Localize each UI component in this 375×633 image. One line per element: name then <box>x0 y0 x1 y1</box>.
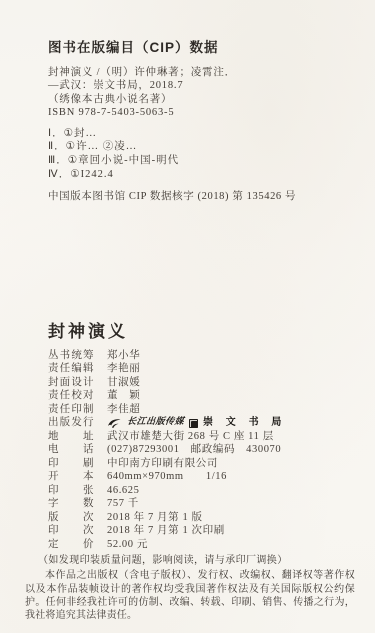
cip-section: 图书在版编目（CIP）数据 封神演义 /（明）许仲琳著；凌霄注． —武汉：崇文书… <box>48 36 355 203</box>
credit-label: 责任编辑 <box>48 362 94 376</box>
credit-value: 李佳超 <box>107 404 140 415</box>
cip-publisher-line: —武汉：崇文书局，2018.7 <box>48 79 355 92</box>
credit-row-editor: 责任编辑李艳丽 <box>48 362 355 376</box>
copyright-legal-text: 本作品之出版权（含电子版权）、发行权、改编权、翻译权等著作权以及本作品装帧设计的… <box>25 569 355 622</box>
credit-label: 责任校对 <box>48 389 94 403</box>
cip-record-number: 中国版本图书馆 CIP 数据核字 (2018) 第 135426 号 <box>48 190 355 203</box>
book-title: 封神演义 <box>48 317 355 342</box>
cip-classification: Ⅰ．①封… Ⅱ．①许… ②凌… Ⅲ．①章回小说-中国-明代 Ⅳ．①I242.4 <box>48 127 355 182</box>
credit-row-format: 开本640mm×970mm 1/16 <box>48 470 355 484</box>
credit-value: 郑小华 <box>107 350 140 361</box>
cip-series-line: （绣像本古典小说名著） <box>48 93 355 106</box>
publisher-logo: 长江出版传媒崇 文 书 局 <box>107 416 286 430</box>
credit-value: 李艳丽 <box>107 363 140 374</box>
credit-row-publisher: 出版发行长江出版传媒崇 文 书 局 <box>48 416 355 430</box>
credit-label: 字数 <box>48 497 94 511</box>
credit-row-series-coordinator: 丛书统筹郑小华 <box>48 349 355 363</box>
credit-value: 2018 年 7 月第 1 版 <box>107 512 203 523</box>
credit-row-edition: 版次2018 年 7 月第 1 版 <box>48 511 355 525</box>
credit-row-sheets: 印张46.625 <box>48 484 355 498</box>
book-copyright-page: 图书在版编目（CIP）数据 封神演义 /（明）许仲琳著；凌霄注． —武汉：崇文书… <box>0 0 375 633</box>
credit-label: 电话 <box>48 443 94 457</box>
cip-class-3: Ⅲ．①章回小说-中国-明代 <box>48 154 355 168</box>
credit-value: 董 颖 <box>107 390 140 401</box>
credit-label: 印张 <box>48 484 94 498</box>
credit-value: 武汉市雄楚大街 268 号 C 座 11 层 <box>107 431 274 442</box>
imprint-name: 崇 文 书 局 <box>203 416 286 430</box>
changjiang-swoosh-icon <box>107 418 122 429</box>
credit-row-address: 地址武汉市雄楚大街 268 号 C 座 11 层 <box>48 430 355 444</box>
credit-label: 封面设计 <box>48 376 94 390</box>
credit-label: 出版发行 <box>48 416 94 430</box>
credit-row-word-count: 字数757 千 <box>48 497 355 511</box>
credit-label: 印刷 <box>48 457 94 471</box>
chongwen-seal-icon <box>189 419 198 428</box>
footer-section: （如发现印装质量问题，影响阅读，请与承印厂调换） 本作品之出版权（含电子版权）、… <box>48 554 355 622</box>
credit-label: 开本 <box>48 470 94 484</box>
credit-label: 印次 <box>48 524 94 538</box>
credit-row-phone: 电话(027)87293001 邮政编码 430070 <box>48 443 355 457</box>
publishing-group-name: 长江出版传媒 <box>126 416 184 430</box>
cip-class-4: Ⅳ．①I242.4 <box>48 168 355 182</box>
credit-value: 中印南方印刷有限公司 <box>107 458 218 469</box>
credit-value: 52.00 元 <box>107 539 148 550</box>
credit-label: 丛书统筹 <box>48 349 94 363</box>
credit-row-printer: 印刷中印南方印刷有限公司 <box>48 457 355 471</box>
credit-label: 定价 <box>48 538 94 552</box>
credit-row-proofreader: 责任校对董 颖 <box>48 389 355 403</box>
credit-label: 责任印制 <box>48 403 94 417</box>
credit-value: (027)87293001 邮政编码 430070 <box>107 444 281 455</box>
credit-row-cover-design: 封面设计甘淑媛 <box>48 376 355 390</box>
cip-class-1: Ⅰ．①封… <box>48 127 355 141</box>
credit-value: 640mm×970mm 1/16 <box>107 471 227 482</box>
credit-row-printing: 印次2018 年 7 月第 1 次印刷 <box>48 524 355 538</box>
cip-heading: 图书在版编目（CIP）数据 <box>48 36 355 56</box>
credit-label: 地址 <box>48 430 94 444</box>
credit-value: 757 千 <box>107 498 139 509</box>
colophon-section: 封神演义 丛书统筹郑小华 责任编辑李艳丽 封面设计甘淑媛 责任校对董 颖 责任印… <box>48 317 355 552</box>
cip-isbn-line: ISBN 978-7-5403-5063-5 <box>48 106 355 119</box>
cip-class-2: Ⅱ．①许… ②凌… <box>48 140 355 154</box>
cip-title-line: 封神演义 /（明）许仲琳著；凌霄注． <box>48 66 355 79</box>
credits-list: 丛书统筹郑小华 责任编辑李艳丽 封面设计甘淑媛 责任校对董 颖 责任印制李佳超 … <box>48 349 355 552</box>
credit-value: 甘淑媛 <box>107 377 140 388</box>
credit-row-print-supervisor: 责任印制李佳超 <box>48 403 355 417</box>
credit-label: 版次 <box>48 511 94 525</box>
credit-row-price: 定价52.00 元 <box>48 538 355 552</box>
credit-value: 46.625 <box>107 485 139 496</box>
quality-notice: （如发现印装质量问题，影响阅读，请与承印厂调换） <box>38 554 355 567</box>
credit-value: 2018 年 7 月第 1 次印刷 <box>107 525 225 536</box>
